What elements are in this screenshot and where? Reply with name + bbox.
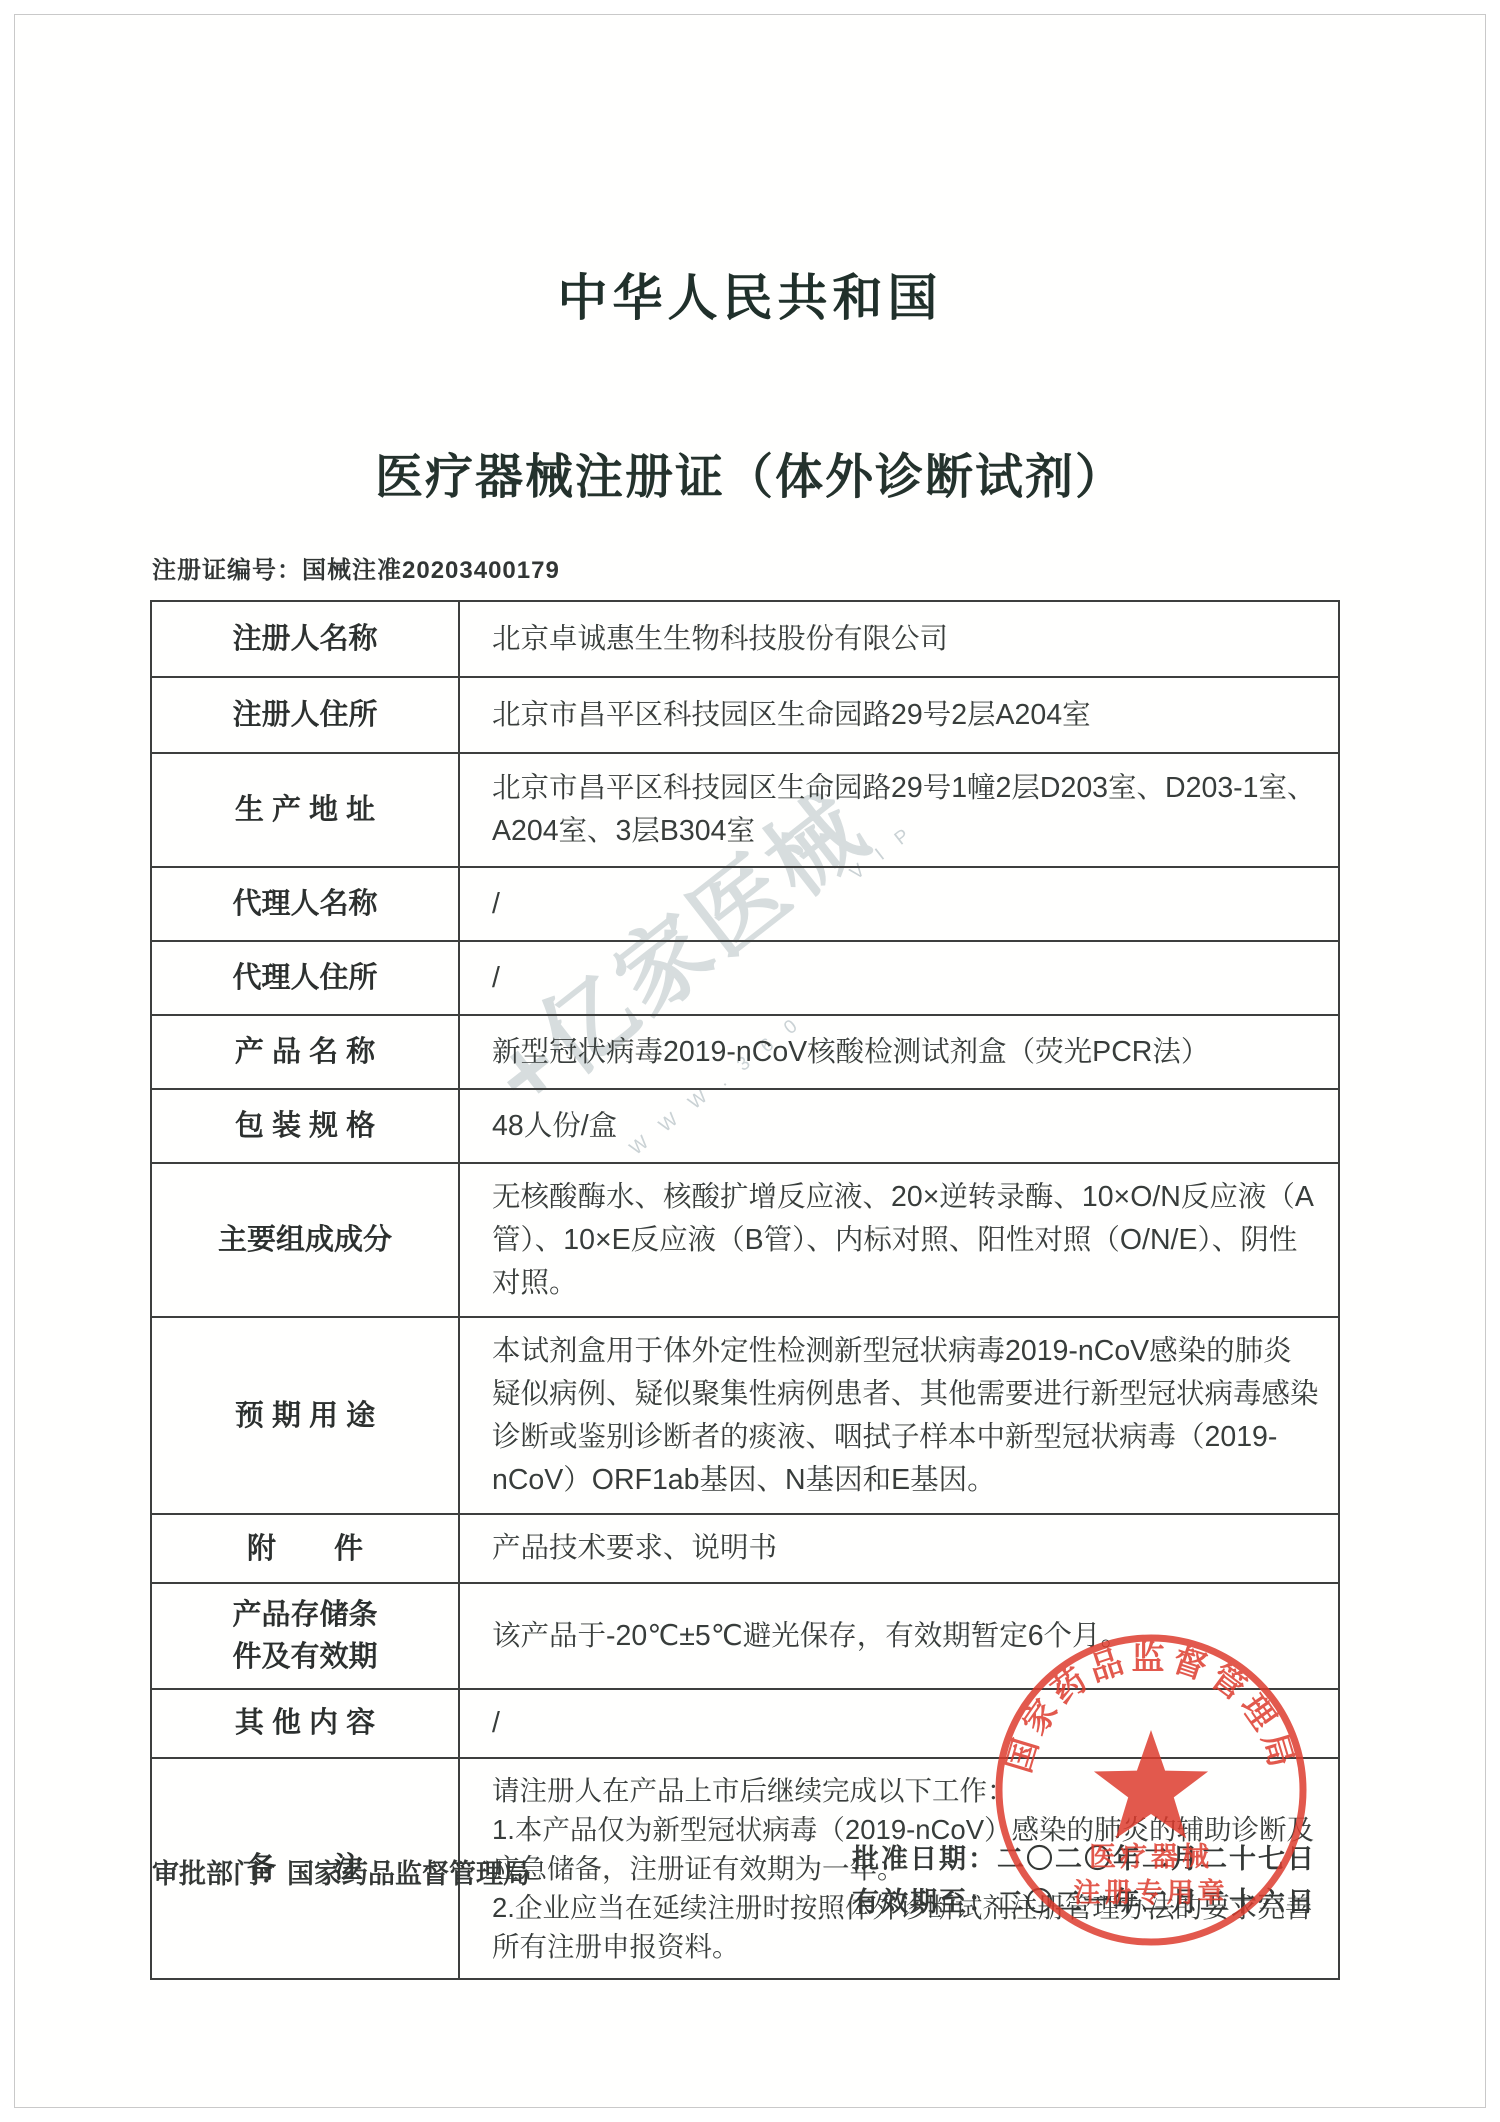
table-row: 其 他 内 容 / — [152, 1688, 1338, 1757]
row-label: 其 他 内 容 — [235, 1702, 375, 1744]
row-value: / — [492, 957, 500, 1000]
row-label: 代理人住所 — [232, 957, 377, 999]
registration-number: 注册证编号：国械注准20203400179 — [152, 550, 560, 585]
row-value: 新型冠状病毒2019-nCoV核酸检测试剂盒（荧光PCR法） — [492, 1031, 1209, 1074]
row-value: 无核酸酶水、核酸扩增反应液、20×逆转录酶、10×O/N反应液（A管）、10×E… — [492, 1176, 1320, 1304]
valid-until-value: 二〇二一年二月二十六日 — [997, 1887, 1316, 1917]
country-title: 中华人民共和国 — [0, 258, 1500, 330]
table-row: 代理人名称 / — [152, 866, 1338, 940]
row-value: 北京市昌平区科技园区生命园路29号2层A204室 — [492, 694, 1091, 737]
row-label: 附 件 — [247, 1528, 363, 1570]
row-value: 产品技术要求、说明书 — [492, 1527, 777, 1570]
row-label: 注册人名称 — [232, 618, 377, 660]
table-row: 主要组成成分 无核酸酶水、核酸扩增反应液、20×逆转录酶、10×O/N反应液（A… — [152, 1162, 1338, 1316]
row-label: 包 装 规 格 — [235, 1105, 375, 1147]
valid-until-line: 有效期至：二〇二一年二月二十六日 — [852, 1881, 1316, 1924]
approval-date-value: 二〇二〇年二月二十七日 — [997, 1844, 1316, 1874]
row-label: 注册人住所 — [232, 694, 377, 736]
table-row: 生 产 地 址 北京市昌平区科技园区生命园路29号1幢2层D203室、D203-… — [152, 752, 1338, 866]
row-value: / — [492, 883, 500, 926]
row-value: 北京市昌平区科技园区生命园路29号1幢2层D203室、D203-1室、A204室… — [492, 767, 1320, 853]
page-title: 医疗器械注册证（体外诊断试剂） — [0, 438, 1500, 507]
table-row: 代理人住所 / — [152, 940, 1338, 1014]
certificate-table: 注册人名称 北京卓诚惠生生物科技股份有限公司 注册人住所 北京市昌平区科技园区生… — [150, 600, 1340, 1980]
approval-department: 审批部门：国家药品监督管理局 — [152, 1852, 530, 1891]
row-value: 该产品于-20℃±5℃避光保存，有效期暂定6个月。 — [492, 1615, 1129, 1658]
table-row: 附 件 产品技术要求、说明书 — [152, 1513, 1338, 1582]
row-label: 主要组成成分 — [218, 1219, 392, 1261]
row-label: 预 期 用 途 — [235, 1395, 375, 1437]
row-label: 生 产 地 址 — [235, 789, 375, 831]
table-row: 包 装 规 格 48人份/盒 — [152, 1088, 1338, 1162]
row-value: 北京卓诚惠生生物科技股份有限公司 — [492, 618, 948, 661]
table-row: 产品存储条件及有效期 该产品于-20℃±5℃避光保存，有效期暂定6个月。 — [152, 1582, 1338, 1688]
table-row: 产 品 名 称 新型冠状病毒2019-nCoV核酸检测试剂盒（荧光PCR法） — [152, 1014, 1338, 1088]
valid-until-label: 有效期至： — [852, 1887, 997, 1917]
approval-date-line: 批准日期：二〇二〇年二月二十七日 — [852, 1838, 1316, 1881]
row-value: 48人份/盒 — [492, 1105, 617, 1148]
row-value: 本试剂盒用于体外定性检测新型冠状病毒2019-nCoV感染的肺炎疑似病例、疑似聚… — [492, 1330, 1320, 1501]
table-row: 预 期 用 途 本试剂盒用于体外定性检测新型冠状病毒2019-nCoV感染的肺炎… — [152, 1316, 1338, 1513]
row-value: / — [492, 1702, 500, 1745]
row-label: 产品存储条件及有效期 — [229, 1594, 381, 1678]
table-row: 注册人名称 北京卓诚惠生生物科技股份有限公司 — [152, 602, 1338, 676]
date-block: 批准日期：二〇二〇年二月二十七日 有效期至：二〇二一年二月二十六日 — [852, 1838, 1316, 1924]
row-label: 代理人名称 — [232, 883, 377, 925]
row-label: 产 品 名 称 — [235, 1031, 375, 1073]
table-row: 注册人住所 北京市昌平区科技园区生命园路29号2层A204室 — [152, 676, 1338, 752]
approval-date-label: 批准日期： — [852, 1844, 997, 1874]
